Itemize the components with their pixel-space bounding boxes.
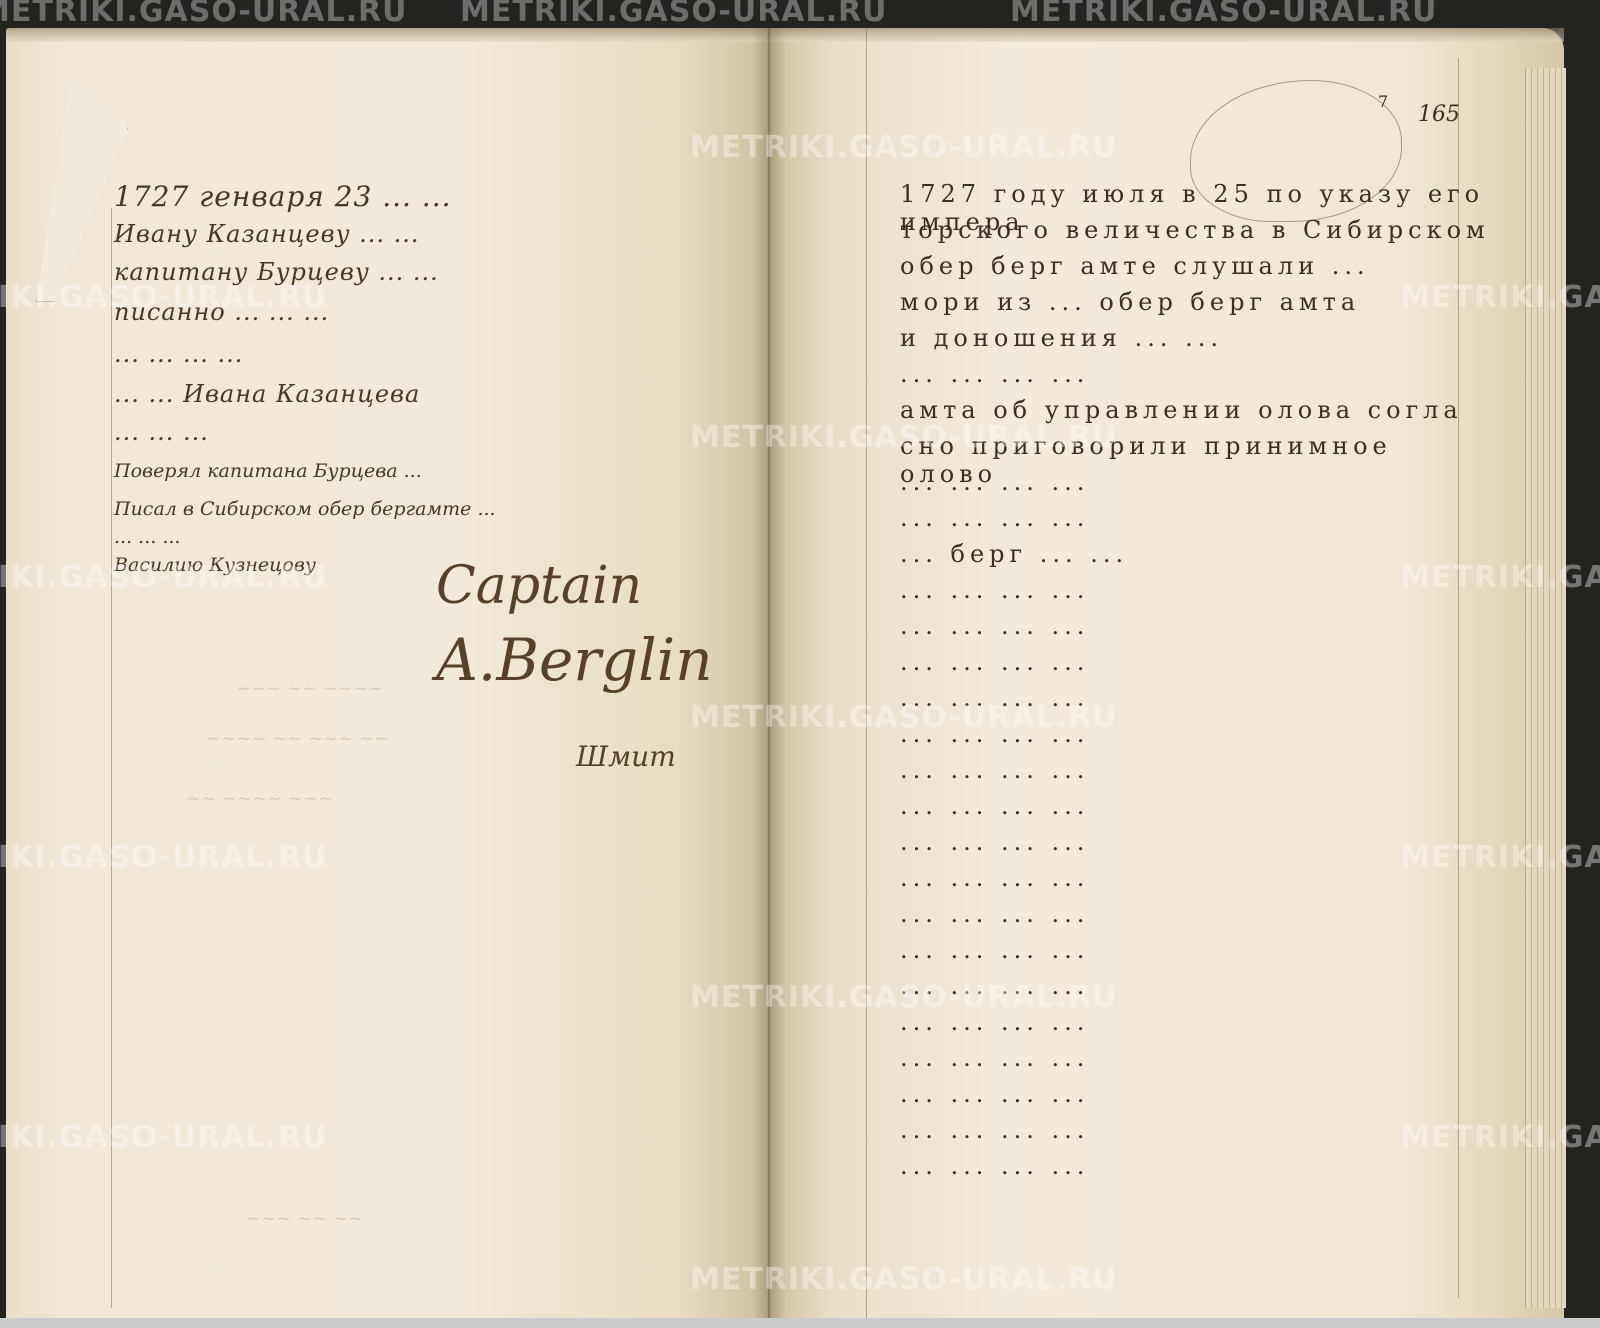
entry-line: амта об управлении олова согла	[900, 396, 1463, 424]
verification-note: Поверял капитана Бурцева ...	[114, 460, 422, 482]
entry-line: ... ... ... ...	[900, 360, 1089, 388]
signature-extra: Шмит	[576, 740, 676, 773]
page-stack-edges	[1525, 68, 1566, 1308]
entry-line: мори из ... обер берг амта	[900, 288, 1360, 316]
entry-line: ... ... ... ...	[900, 576, 1089, 604]
entry-line: ... ... ... ...	[900, 792, 1089, 820]
entry-line: и доношения ... ...	[900, 324, 1223, 352]
entry-line: ... ... ... ...	[900, 1008, 1089, 1036]
folio-number: 165	[1418, 102, 1460, 127]
entry-line: ... ... ... ...	[900, 1116, 1089, 1144]
page-top-wear	[6, 28, 768, 42]
entry-line: ... ... ... ...	[900, 828, 1089, 856]
closing-line: Василию Кузнецову	[114, 554, 316, 576]
bleed-through-text: ~~~ ~~ ~~~~	[236, 678, 383, 699]
entry-line: ... ... ... ...	[900, 900, 1089, 928]
left-page: 1727 генваря 23 ... ... Ивану Казанцеву …	[6, 28, 768, 1319]
bleed-through-text: ~~~~ ~~ ~~~ ~~	[206, 728, 389, 749]
entry-line: ... ... ... ...	[900, 1152, 1089, 1180]
entry-line: ... ... ... ...	[900, 684, 1089, 712]
entry-line: ... ... ... ...	[900, 936, 1089, 964]
entry-line: торского величества в Сибирском	[900, 216, 1490, 244]
entry-line: Ивану Казанцеву ... ...	[114, 220, 420, 248]
entry-line: обер берг амте слушали ...	[900, 252, 1370, 280]
entry-line: ... ... ... ...	[900, 864, 1089, 892]
entry-line: ... ... ... ...	[900, 1044, 1089, 1072]
entry-line: ... ... ... ...	[900, 756, 1089, 784]
entry-line: ... ... ... ...	[900, 612, 1089, 640]
closing-line: Писал в Сибирском обер бергамте ...	[114, 498, 496, 520]
folio-mark: 7	[1378, 92, 1388, 111]
page-top-wear	[768, 28, 1564, 42]
entry-line: ... ... ... ...	[900, 504, 1089, 532]
entry-line: ... ... ... ...	[900, 972, 1089, 1000]
watermark: METRIKI.GASO-URAL.RU	[1010, 0, 1438, 29]
bleed-through-text: ~~~ ~~ ~~	[246, 1208, 363, 1229]
margin-rule-left	[866, 28, 867, 1319]
scan-viewer: 1727 генваря 23 ... ... Ивану Казанцеву …	[0, 0, 1600, 1328]
watermark: METRIKI.GASO-URAL.RU	[460, 0, 888, 29]
entry-line: капитану Бурцеву ... ...	[114, 258, 439, 286]
viewer-bottom-strip	[0, 1318, 1600, 1328]
right-page-entry: 1727 году июля в 25 по указу его импера …	[900, 180, 1500, 1230]
entry-line: ... ... Ивана Казанцева	[114, 380, 420, 408]
entry-line: ... ... ... ...	[114, 340, 243, 368]
entry-line: 1727 генваря 23 ... ...	[114, 180, 452, 213]
closing-line: ... ... ...	[114, 526, 180, 548]
watermark: METRIKI.GASO-URAL.RU	[0, 0, 408, 29]
entry-line: писанно ... ... ...	[114, 298, 329, 326]
entry-line: ... берг ... ...	[900, 540, 1128, 568]
left-page-entry: 1727 генваря 23 ... ... Ивану Казанцеву …	[114, 158, 754, 458]
margin-rule-left	[111, 208, 112, 1308]
signature-name: A.Berglin	[436, 626, 713, 694]
entry-line: ... ... ... ...	[900, 468, 1089, 496]
entry-line: ... ... ... ...	[900, 720, 1089, 748]
entry-line: ... ... ... ...	[900, 648, 1089, 676]
signature-captain: Captain	[436, 556, 642, 616]
book-gutter	[752, 28, 786, 1319]
entry-line: ... ... ...	[114, 418, 209, 446]
entry-line: ... ... ... ...	[900, 1080, 1089, 1108]
bleed-through-text: ~~ ~~~~ ~~~	[186, 788, 333, 809]
